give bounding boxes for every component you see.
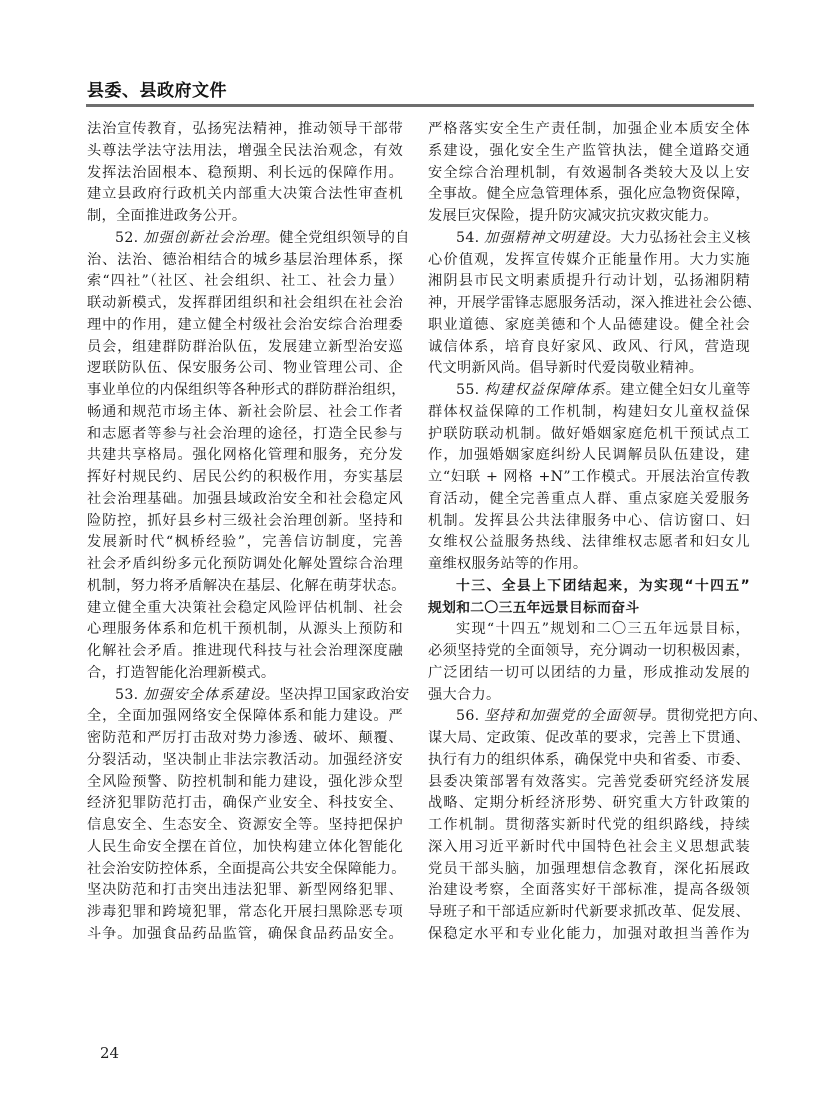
line-text: 护联防联动机制。做好婚姻家庭危机干预试点工 <box>428 426 750 442</box>
item-title: 加强创新社会治理 <box>143 230 265 246</box>
text-line: 县委决策部署有效落实。完善党委研究经济发展 <box>428 772 750 794</box>
line-text: 。大力弘扬社会主义核 <box>606 230 751 246</box>
text-line: 信息安全、生态安全、资源安全等。坚持把保护 <box>87 815 403 837</box>
line-text: 群体权益保障的工作机制，构建妇女儿童权益保 <box>428 404 750 420</box>
line-text: 分裂活动，坚决制止非法宗教活动。加强经济安 <box>87 752 403 768</box>
header-rule <box>86 104 754 107</box>
line-text: 畅通和规范市场主体、新社会阶层、社会工作者 <box>87 404 403 420</box>
text-line: 代文明新风尚。倡导新时代爱岗敬业精神。 <box>428 358 750 380</box>
line-text: 育活动，健全完善重点人群、重点家庭关爱服务 <box>428 491 750 507</box>
line-text: 安全综合治理机制，有效遏制各类较大及以上安 <box>428 165 750 181</box>
text-line: 治建设考察，全面落实好干部标准，提高各级领 <box>428 880 750 902</box>
line-text: 化解社会矛盾。推进现代科技与社会治理深度融 <box>87 643 403 659</box>
line-text: 必须坚持党的全面领导，充分调动一切积极因素， <box>428 643 750 659</box>
line-text: 共建共享格局。强化网格化管理和服务，充分发 <box>87 447 403 463</box>
text-line: 立“妇联 + 网格 +N”工作模式。开展法治宣传教 <box>428 467 750 489</box>
line-text: 制，全面推进政务公开。 <box>87 208 246 224</box>
text-line: 护联防联动机制。做好婚姻家庭危机干预试点工 <box>428 424 750 446</box>
line-text: 谋大局、定政策、促改革的要求，完善上下贯通、 <box>428 730 750 746</box>
line-text: 童维权服务站等的作用。 <box>428 556 587 572</box>
line-text: 治建设考察，全面落实好干部标准，提高各级领 <box>428 882 750 898</box>
line-text: 事业单位的内保组织等各种形式的群防群治组织， <box>87 382 406 398</box>
line-text: 发展巨灾保险，提升防灾减灾抗灾救灾能力。 <box>428 208 718 224</box>
line-text: 全事故。健全应急管理体系，强化应急物资保障， <box>428 186 750 202</box>
text-line: 密防范和严厉打击敌对势力渗透、破坏、颠覆、 <box>87 728 403 750</box>
text-line: 机制，努力将矛盾解决在基层、化解在萌芽状态。 <box>87 576 403 598</box>
line-text: 立“妇联 + 网格 +N”工作模式。开展法治宣传教 <box>428 469 750 485</box>
text-line: 谋大局、定政策、促改革的要求，完善上下贯通、 <box>428 728 750 750</box>
item-title: 加强精神文明建设 <box>484 230 606 246</box>
text-line: 导班子和干部适应新时代新要求抓改革、促发展、 <box>428 902 750 924</box>
text-line: 56. 坚持和加强党的全面领导。贯彻党把方向、 <box>428 706 750 728</box>
text-line: 治、法治、德治相结合的城乡基层治理体系，探 <box>87 250 403 272</box>
text-line: 员会，组建群防群治队伍，发展建立新型治安巡 <box>87 337 403 359</box>
text-line: 涉毒犯罪和跨境犯罪，常态化开展扫黑除恶专项 <box>87 902 403 924</box>
line-text: 社会治理基础。加强县域政治安全和社会稳定风 <box>87 491 403 507</box>
line-text: 信息安全、生态安全、资源安全等。坚持把保护 <box>87 817 403 833</box>
line-text: 社会矛盾纠纷多元化预防调处化解处置综合治理 <box>87 556 403 572</box>
text-line: 安全综合治理机制，有效遏制各类较大及以上安 <box>428 163 750 185</box>
text-line: 强大合力。 <box>428 685 750 707</box>
text-line: 战略、定期分析经济形势、研究重大方针政策的 <box>428 793 750 815</box>
line-text: 和志愿者等参与社会治理的途径，打造全民参与 <box>87 426 403 442</box>
text-line: 女维权公益服务热线、法律维权志愿者和妇女儿 <box>428 532 750 554</box>
text-line: 社会治理基础。加强县域政治安全和社会稳定风 <box>87 489 403 511</box>
text-line: 社会治安防控体系，全面提高公共安全保障能力。 <box>87 859 403 881</box>
line-text: 发挥法治固根本、稳预期、利长远的保障作用。 <box>87 165 403 181</box>
line-text: 逻联防队伍、保安服务公司、物业管理公司、企 <box>87 360 403 376</box>
line-text: 。坚决捍卫国家政治安 <box>265 687 410 703</box>
text-line: 全风险预警、防控机制和能力建设，强化涉众型 <box>87 772 403 794</box>
text-line: 共建共享格局。强化网格化管理和服务，充分发 <box>87 445 403 467</box>
text-line: 逻联防队伍、保安服务公司、物业管理公司、企 <box>87 358 403 380</box>
text-line: 分裂活动，坚决制止非法宗教活动。加强经济安 <box>87 750 403 772</box>
text-line: 联动新模式，发挥群团组织和社会组织在社会治 <box>87 293 403 315</box>
page-number: 24 <box>100 1044 119 1062</box>
text-line: 社会矛盾纠纷多元化预防调处化解处置综合治理 <box>87 554 403 576</box>
text-line: 挥好村规民约、居民公约的积极作用，夯实基层 <box>87 467 403 489</box>
line-text: 人民生命安全摆在首位，加快构建立体化智能化 <box>87 839 403 855</box>
text-line: 诚信体系，培育良好家风、政风、行风，营造现 <box>428 337 750 359</box>
line-text: 严格落实安全生产责任制，加强企业本质安全体 <box>428 121 750 137</box>
line-text: 湘阴县市民文明素质提升行动计划，弘扬湘阴精 <box>428 273 750 289</box>
text-line: 法治宣传教育，弘扬宪法精神，推动领导干部带 <box>87 119 403 141</box>
left-text-column: 法治宣传教育，弘扬宪法精神，推动领导干部带头尊法学法守法用法，增强全民法治观念，… <box>87 119 403 946</box>
line-text: 十三、全县上下团结起来，为实现“十四五” <box>456 578 750 594</box>
text-line: 心价值观，发挥宣传媒介正能量作用。大力实施 <box>428 250 750 272</box>
line-text: 员会，组建群防群治队伍，发展建立新型治安巡 <box>87 339 403 355</box>
item-title: 加强安全体系建设 <box>143 687 265 703</box>
line-text: 作，加强婚姻家庭纠纷人民调解员队伍建设，建 <box>428 447 750 463</box>
text-line: 索“四社”（社区、社会组织、社工、社会力量） <box>87 271 403 293</box>
line-text: 坚决防范和打击突出违法犯罪、新型网络犯罪、 <box>87 882 403 898</box>
text-line: 作，加强婚姻家庭纠纷人民调解员队伍建设，建 <box>428 445 750 467</box>
line-text: 广泛团结一切可以团结的力量，形成推动发展的 <box>428 665 750 681</box>
text-line: 机制。发挥县公共法律服务中心、信访窗口、妇 <box>428 511 750 533</box>
text-line: 和志愿者等参与社会治理的途径，打造全民参与 <box>87 424 403 446</box>
right-text-column: 严格落实安全生产责任制，加强企业本质安全体系建设，强化安全生产监管执法，健全道路… <box>428 119 750 946</box>
line-text: 挥好村规民约、居民公约的积极作用，夯实基层 <box>87 469 403 485</box>
line-text: 深入用习近平新时代中国特色社会主义思想武装 <box>428 839 750 855</box>
text-line: 发展巨灾保险，提升防灾减灾抗灾救灾能力。 <box>428 206 750 228</box>
line-text: 险防控，抓好县乡村三级社会治理创新。坚持和 <box>87 513 403 529</box>
line-text: 保稳定水平和专业化能力，加强对敢担当善作为 <box>428 926 750 942</box>
text-line: 化解社会矛盾。推进现代科技与社会治理深度融 <box>87 641 403 663</box>
line-text: 导班子和干部适应新时代新要求抓改革、促发展、 <box>428 904 750 920</box>
item-number: 55. <box>456 382 484 398</box>
text-line: 55. 构建权益保障体系。建立健全妇女儿童等 <box>428 380 750 402</box>
line-text: 发展新时代“枫桥经验”，完善信访制度，完善 <box>87 534 403 550</box>
item-number: 53. <box>115 687 143 703</box>
running-header-title: 县委、县政府文件 <box>87 76 227 101</box>
text-line: 坚决防范和打击突出违法犯罪、新型网络犯罪、 <box>87 880 403 902</box>
line-text: 实现“十四五”规划和二〇三五年远景目标， <box>456 621 750 637</box>
line-text: 涉毒犯罪和跨境犯罪，常态化开展扫黑除恶专项 <box>87 904 403 920</box>
line-text: 全风险预警、防控机制和能力建设，强化涉众型 <box>87 774 403 790</box>
item-number: 56. <box>456 708 484 724</box>
line-text: 党员干部头脑，加强理想信念教育，深化拓展政 <box>428 861 750 877</box>
line-text: 战略、定期分析经济形势、研究重大方针政策的 <box>428 795 750 811</box>
line-text: 经济犯罪防范打击，确保产业安全、科技安全、 <box>87 795 403 811</box>
item-title: 坚持和加强党的全面领导 <box>484 708 651 724</box>
line-text: 机制，努力将矛盾解决在基层、化解在萌芽状态。 <box>87 578 406 594</box>
text-line: 建立县政府行政机关内部重大决策合法性审查机 <box>87 184 403 206</box>
line-text: 机制。发挥县公共法律服务中心、信访窗口、妇 <box>428 513 750 529</box>
line-text: 女维权公益服务热线、法律维权志愿者和妇女儿 <box>428 534 750 550</box>
item-number: 54. <box>456 230 484 246</box>
line-text: 联动新模式，发挥群团组织和社会组织在社会治 <box>87 295 403 311</box>
line-text: 心价值观，发挥宣传媒介正能量作用。大力实施 <box>428 252 750 268</box>
text-line: 事业单位的内保组织等各种形式的群防群治组织， <box>87 380 403 402</box>
text-line: 斗争。加强食品药品监管，确保食品药品安全。 <box>87 924 403 946</box>
line-text: 索“四社”（社区、社会组织、社工、社会力量） <box>87 273 403 289</box>
text-line: 52. 加强创新社会治理。健全党组织领导的自 <box>87 228 403 250</box>
text-line: 经济犯罪防范打击，确保产业安全、科技安全、 <box>87 793 403 815</box>
text-line: 险防控，抓好县乡村三级社会治理创新。坚持和 <box>87 511 403 533</box>
text-line: 理中的作用，建立健全村级社会治安综合治理委 <box>87 315 403 337</box>
text-line: 广泛团结一切可以团结的力量，形成推动发展的 <box>428 663 750 685</box>
text-line: 53. 加强安全体系建设。坚决捍卫国家政治安 <box>87 685 403 707</box>
text-line: 发展新时代“枫桥经验”，完善信访制度，完善 <box>87 532 403 554</box>
text-line: 群体权益保障的工作机制，构建妇女儿童权益保 <box>428 402 750 424</box>
item-title: 构建权益保障体系 <box>484 382 606 398</box>
text-line: 全，全面加强网络安全保障体系和能力建设。严 <box>87 706 403 728</box>
line-text: 系建设，强化安全生产监管执法，健全道路交通 <box>428 143 750 159</box>
line-text: 社会治安防控体系，全面提高公共安全保障能力。 <box>87 861 406 877</box>
text-line: 制，全面推进政务公开。 <box>87 206 403 228</box>
text-line: 神，开展学雷锋志愿服务活动，深入推进社会公德、 <box>428 293 750 315</box>
text-line: 实现“十四五”规划和二〇三五年远景目标， <box>428 619 750 641</box>
text-line: 必须坚持党的全面领导，充分调动一切积极因素， <box>428 641 750 663</box>
text-line: 54. 加强精神文明建设。大力弘扬社会主义核 <box>428 228 750 250</box>
line-text: 治、法治、德治相结合的城乡基层治理体系，探 <box>87 252 403 268</box>
text-line: 系建设，强化安全生产监管执法，健全道路交通 <box>428 141 750 163</box>
line-text: 代文明新风尚。倡导新时代爱岗敬业精神。 <box>428 360 703 376</box>
text-line: 发挥法治固根本、稳预期、利长远的保障作用。 <box>87 163 403 185</box>
line-text: 密防范和严厉打击敌对势力渗透、破坏、颠覆、 <box>87 730 403 746</box>
line-text: 合，打造智能化治理新模式。 <box>87 665 275 681</box>
line-text: 建立县政府行政机关内部重大决策合法性审查机 <box>87 186 403 202</box>
text-line: 湘阴县市民文明素质提升行动计划，弘扬湘阴精 <box>428 271 750 293</box>
text-line: 工作机制。贯彻落实新时代党的组织路线，持续 <box>428 815 750 837</box>
text-line: 育活动，健全完善重点人群、重点家庭关爱服务 <box>428 489 750 511</box>
line-text: 理中的作用，建立健全村级社会治安综合治理委 <box>87 317 403 333</box>
line-text: 神，开展学雷锋志愿服务活动，深入推进社会公德、 <box>428 295 761 311</box>
line-text: 建立健全重大决策社会稳定风险评估机制、社会 <box>87 600 403 616</box>
line-text: 全，全面加强网络安全保障体系和能力建设。严 <box>87 708 403 724</box>
text-line: 党员干部头脑，加强理想信念教育，深化拓展政 <box>428 859 750 881</box>
line-text: 。建立健全妇女儿童等 <box>606 382 751 398</box>
text-line: 全事故。健全应急管理体系，强化应急物资保障， <box>428 184 750 206</box>
line-text: 诚信体系，培育良好家风、政风、行风，营造现 <box>428 339 750 355</box>
line-text: 心理服务体系和危机干预机制，从源头上预防和 <box>87 621 403 637</box>
text-line: 保稳定水平和专业化能力，加强对敢担当善作为 <box>428 924 750 946</box>
line-text: 法治宣传教育，弘扬宪法精神，推动领导干部带 <box>87 121 403 137</box>
line-text: 。健全党组织领导的自 <box>265 230 410 246</box>
text-line: 建立健全重大决策社会稳定风险评估机制、社会 <box>87 598 403 620</box>
line-text: 头尊法学法守法用法，增强全民法治观念，有效 <box>87 143 403 159</box>
section-heading-line: 十三、全县上下团结起来，为实现“十四五” <box>428 576 750 598</box>
text-line: 童维权服务站等的作用。 <box>428 554 750 576</box>
text-line: 人民生命安全摆在首位，加快构建立体化智能化 <box>87 837 403 859</box>
text-line: 头尊法学法守法用法，增强全民法治观念，有效 <box>87 141 403 163</box>
line-text: 执行有力的组织体系，确保党中央和省委、市委、 <box>428 752 750 768</box>
line-text: 职业道德、家庭美德和个人品德建设。健全社会 <box>428 317 750 333</box>
line-text: 规划和二〇三五年远景目标而奋斗 <box>428 600 639 616</box>
text-line: 畅通和规范市场主体、新社会阶层、社会工作者 <box>87 402 403 424</box>
text-line: 职业道德、家庭美德和个人品德建设。健全社会 <box>428 315 750 337</box>
text-line: 心理服务体系和危机干预机制，从源头上预防和 <box>87 619 403 641</box>
text-line: 执行有力的组织体系，确保党中央和省委、市委、 <box>428 750 750 772</box>
text-line: 严格落实安全生产责任制，加强企业本质安全体 <box>428 119 750 141</box>
section-heading-line: 规划和二〇三五年远景目标而奋斗 <box>428 598 750 620</box>
line-text: 县委决策部署有效落实。完善党委研究经济发展 <box>428 774 750 790</box>
line-text: 斗争。加强食品药品监管，确保食品药品安全。 <box>87 926 403 942</box>
line-text: 强大合力。 <box>428 687 500 703</box>
line-text: 工作机制。贯彻落实新时代党的组织路线，持续 <box>428 817 750 833</box>
text-line: 合，打造智能化治理新模式。 <box>87 663 403 685</box>
line-text: 。贯彻党把方向、 <box>651 708 767 724</box>
text-line: 深入用习近平新时代中国特色社会主义思想武装 <box>428 837 750 859</box>
item-number: 52. <box>115 230 143 246</box>
